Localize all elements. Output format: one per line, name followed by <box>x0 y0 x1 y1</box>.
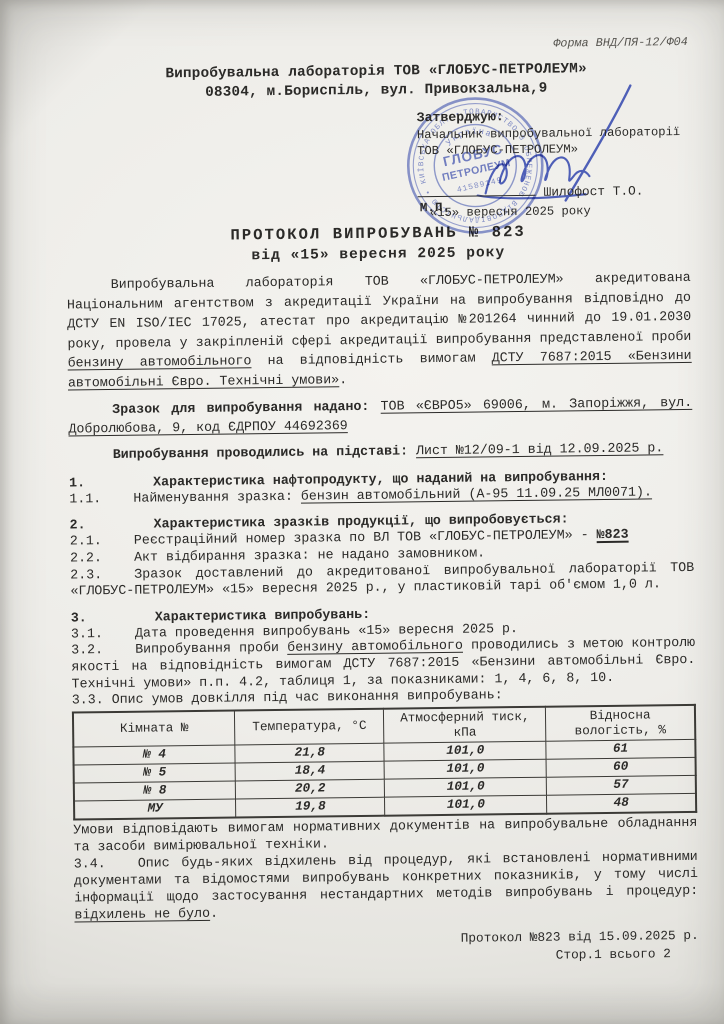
approver-name: Шилофост Т.О. <box>536 183 644 199</box>
basis-paragraph: Випробування проводились на підставі: Ли… <box>69 438 693 465</box>
underlined-product: бензину автомобільного <box>68 354 252 371</box>
sample-label: Зразок для випробування надано: <box>112 398 369 416</box>
item-3-4: 3.4.Опис будь-яких відхилень від процеду… <box>74 849 699 924</box>
protocol-date: від «15» вересня 2025 року <box>66 243 690 267</box>
approver-title-line2: ТОВ «ГЛОБУС-ПЕТРОЛЕУМ» <box>417 140 697 160</box>
form-code: Форма ВНД/ПЯ-12/Ф04 <box>64 35 688 57</box>
col-humidity: Відносна вологість, % <box>546 705 696 741</box>
signature-row: Шилофост Т.О. <box>417 180 697 202</box>
approver-title-line1: Начальник випробувальної лабораторії <box>417 123 697 143</box>
approval-date: «15» вересня 2025 року <box>418 202 698 222</box>
sample-name-underlined: бензин автомобільний (А-95 11.09.25 МЛ00… <box>301 484 652 503</box>
basis-value: Лист №12/09-1 від 12.09.2025 р. <box>416 441 664 459</box>
signature-line <box>417 182 535 196</box>
intro-paragraph: Випробувальна лабораторія ТОВ «ГЛОБУС-ПЕ… <box>67 268 692 393</box>
underlined-product-2: бензину автомобільного <box>287 638 463 655</box>
basis-label: Випробування проводились на підставі: <box>113 444 408 463</box>
col-room: Кімната № <box>73 710 235 746</box>
environment-conditions-table: Кімната № Температура, °С Атмосферний ти… <box>72 704 697 821</box>
scanned-document-page: Форма ВНД/ПЯ-12/Ф04 Випробувальна лабора… <box>0 0 724 1024</box>
sample-provided-paragraph: Зразок для випробування надано: ТОВ «ЄВР… <box>68 392 692 438</box>
approval-block: Затверджую: Начальник випробувальної лаб… <box>417 107 698 222</box>
col-temperature: Температура, °С <box>235 708 385 744</box>
col-pressure: Атмосферний тиск, кПа <box>384 706 546 742</box>
no-deviations-underlined: відхилень не було <box>74 905 210 922</box>
seal-place-mark: М.П. <box>420 200 450 217</box>
page-footer: Протокол №823 від 15.09.2025 р. Стор.1 в… <box>75 927 699 970</box>
registration-number: №823 <box>597 527 629 542</box>
item-2-3: 2.3.Зразок доставлений до акредитованої … <box>70 559 694 600</box>
item-3-2: 3.2.Випробування проби бензину автомобіл… <box>71 635 696 692</box>
approval-area: ТОВАРИСТВО З ОБМЕЖЕНОЮ ВІДПОВІДАЛЬНІСТЮ … <box>65 97 690 229</box>
document-content: Форма ВНД/ПЯ-12/Ф04 Випробувальна лабора… <box>0 0 724 1024</box>
